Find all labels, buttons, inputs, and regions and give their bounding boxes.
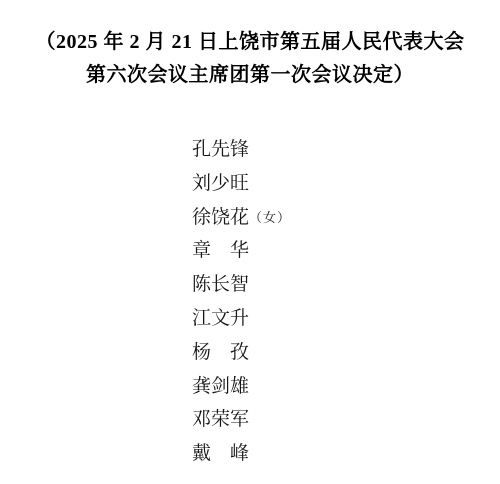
document-title-line1: （2025 年 2 月 21 日上饶市第五届人民代表大会 (0, 26, 500, 59)
name-text: 邓荣军 (192, 403, 249, 437)
document-title-line2: 第六次会议主席团第一次会议决定） (0, 59, 500, 92)
name-text: 龚剑雄 (192, 370, 249, 404)
list-item: 龚剑雄 (192, 370, 500, 404)
name-text: 孔先锋 (192, 133, 249, 167)
list-item: 孔先锋 (192, 133, 500, 167)
name-gender-suffix: （女） (249, 210, 291, 225)
name-text: 陈长智 (192, 268, 249, 302)
list-item: 戴 峰 (192, 437, 500, 471)
list-item: 江文升 (192, 302, 500, 336)
list-item: 徐饶花（女） (192, 201, 500, 235)
name-text: 杨 孜 (192, 336, 249, 370)
name-text: 徐饶花 (192, 201, 249, 235)
list-item: 邓荣军 (192, 403, 500, 437)
name-text: 戴 峰 (192, 437, 249, 471)
list-item: 章 华 (192, 234, 500, 268)
names-list: 孔先锋 刘少旺 徐饶花（女） 章 华 陈长智 江文升 杨 孜 龚剑雄 邓荣军 (192, 133, 500, 471)
name-text: 江文升 (192, 302, 249, 336)
list-item: 陈长智 (192, 268, 500, 302)
name-text: 章 华 (192, 234, 249, 268)
list-item: 刘少旺 (192, 167, 500, 201)
list-item: 杨 孜 (192, 336, 500, 370)
document-page: （2025 年 2 月 21 日上饶市第五届人民代表大会 第六次会议主席团第一次… (0, 0, 500, 484)
document-title: （2025 年 2 月 21 日上饶市第五届人民代表大会 第六次会议主席团第一次… (0, 0, 500, 92)
name-text: 刘少旺 (192, 167, 249, 201)
